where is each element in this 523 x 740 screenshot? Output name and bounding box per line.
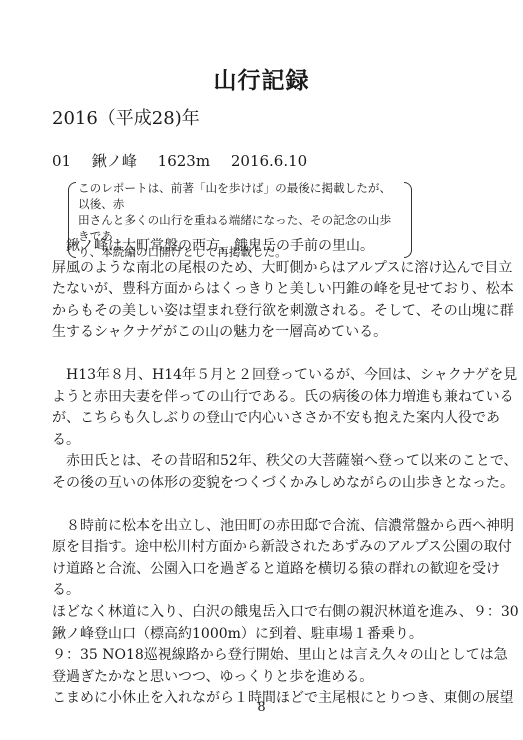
text-line: が、こちらも久しぶりの登山で内心いささか不安も抱えた案内人役であ <box>52 408 472 430</box>
text-line: その後の互いの体形の変貌をつくづくかみしめながらの山歩きとなった。 <box>52 473 472 495</box>
text-line: 原を目指す。途中松川村方面から新設されたあずみのアルプス公園の取付 <box>52 537 472 559</box>
paragraph-gap <box>52 344 472 365</box>
text-line: る。 <box>52 430 472 452</box>
year-heading: 2016（平成28)年 <box>52 104 200 130</box>
text-line: ほどなく林道に入り、白沢の餓鬼岳入口で右側の親沢林道を進み、９：30 <box>52 602 472 624</box>
page-title: 山行記録 <box>0 62 523 95</box>
entry-date: 2016.6.10 <box>231 152 307 170</box>
text-line: ８時前に松本を出立し、池田町の赤田邸で合流、信濃常盤から西へ神明 <box>52 516 472 538</box>
entry-number: 01 <box>52 152 71 170</box>
text-line: 登過ぎたかなと思いつつ、ゆっくりと歩を進める。 <box>52 667 472 689</box>
text-line: 屏風のような南北の尾根のため、大町側からはアルプスに溶け込んで目立 <box>52 258 472 280</box>
text-line: る。 <box>52 580 472 602</box>
text-line: 赤田氏とは、その昔昭和52年、秩父の大菩薩嶺へ登って以来のことで、 <box>52 451 472 473</box>
text-line: 鍬ノ峰は大町常盤の西方、餓鬼岳の手前の里山。 <box>52 236 472 258</box>
text-line: 鍬ノ峰登山口（標高約1000m）に到着、駐車場１番乗り。 <box>52 624 472 646</box>
paragraph-gap <box>52 495 472 516</box>
text-line: ようと赤田夫妻を伴っての山行である。氏の病後の体力増進も兼ねている <box>52 387 472 409</box>
entry-heading: 01 鍬ノ峰 1623m 2016.6.10 <box>52 150 323 171</box>
text-line: ９：35 NO18巡視線路から登行開始、里山とは言え久々の山としては急 <box>52 645 472 667</box>
document-page: 山行記録 2016（平成28)年 01 鍬ノ峰 1623m 2016.6.10 … <box>0 0 523 740</box>
text-line: 生するシャクナゲがこの山の魅力を一層高めている。 <box>52 322 472 344</box>
entry-elevation: 1623m <box>158 152 210 170</box>
page-number: 8 <box>0 700 523 715</box>
text-line: たないが、豊科方面からはくっきりと美しい円錐の峰を見せており、松本 <box>52 279 472 301</box>
text-line: からもその美しい姿は望まれ登行欲を刺激される。そして、その山塊に群 <box>52 301 472 323</box>
note-line: このレポートは、前著「山を歩けば」の最後に掲載したが、以後、赤 <box>78 180 398 212</box>
entry-peak: 鍬ノ峰 <box>92 152 137 170</box>
body-text: 鍬ノ峰は大町常盤の西方、餓鬼岳の手前の里山。 屏風のような南北の尾根のため、大町… <box>52 236 472 710</box>
text-line: H13年８月、H14年５月と２回登っているが、今回は、シャクナゲを見 <box>52 365 472 387</box>
text-line: け道路と合流、公園入口を過ぎると道路を横切る猿の群れの歓迎を受け <box>52 559 472 581</box>
